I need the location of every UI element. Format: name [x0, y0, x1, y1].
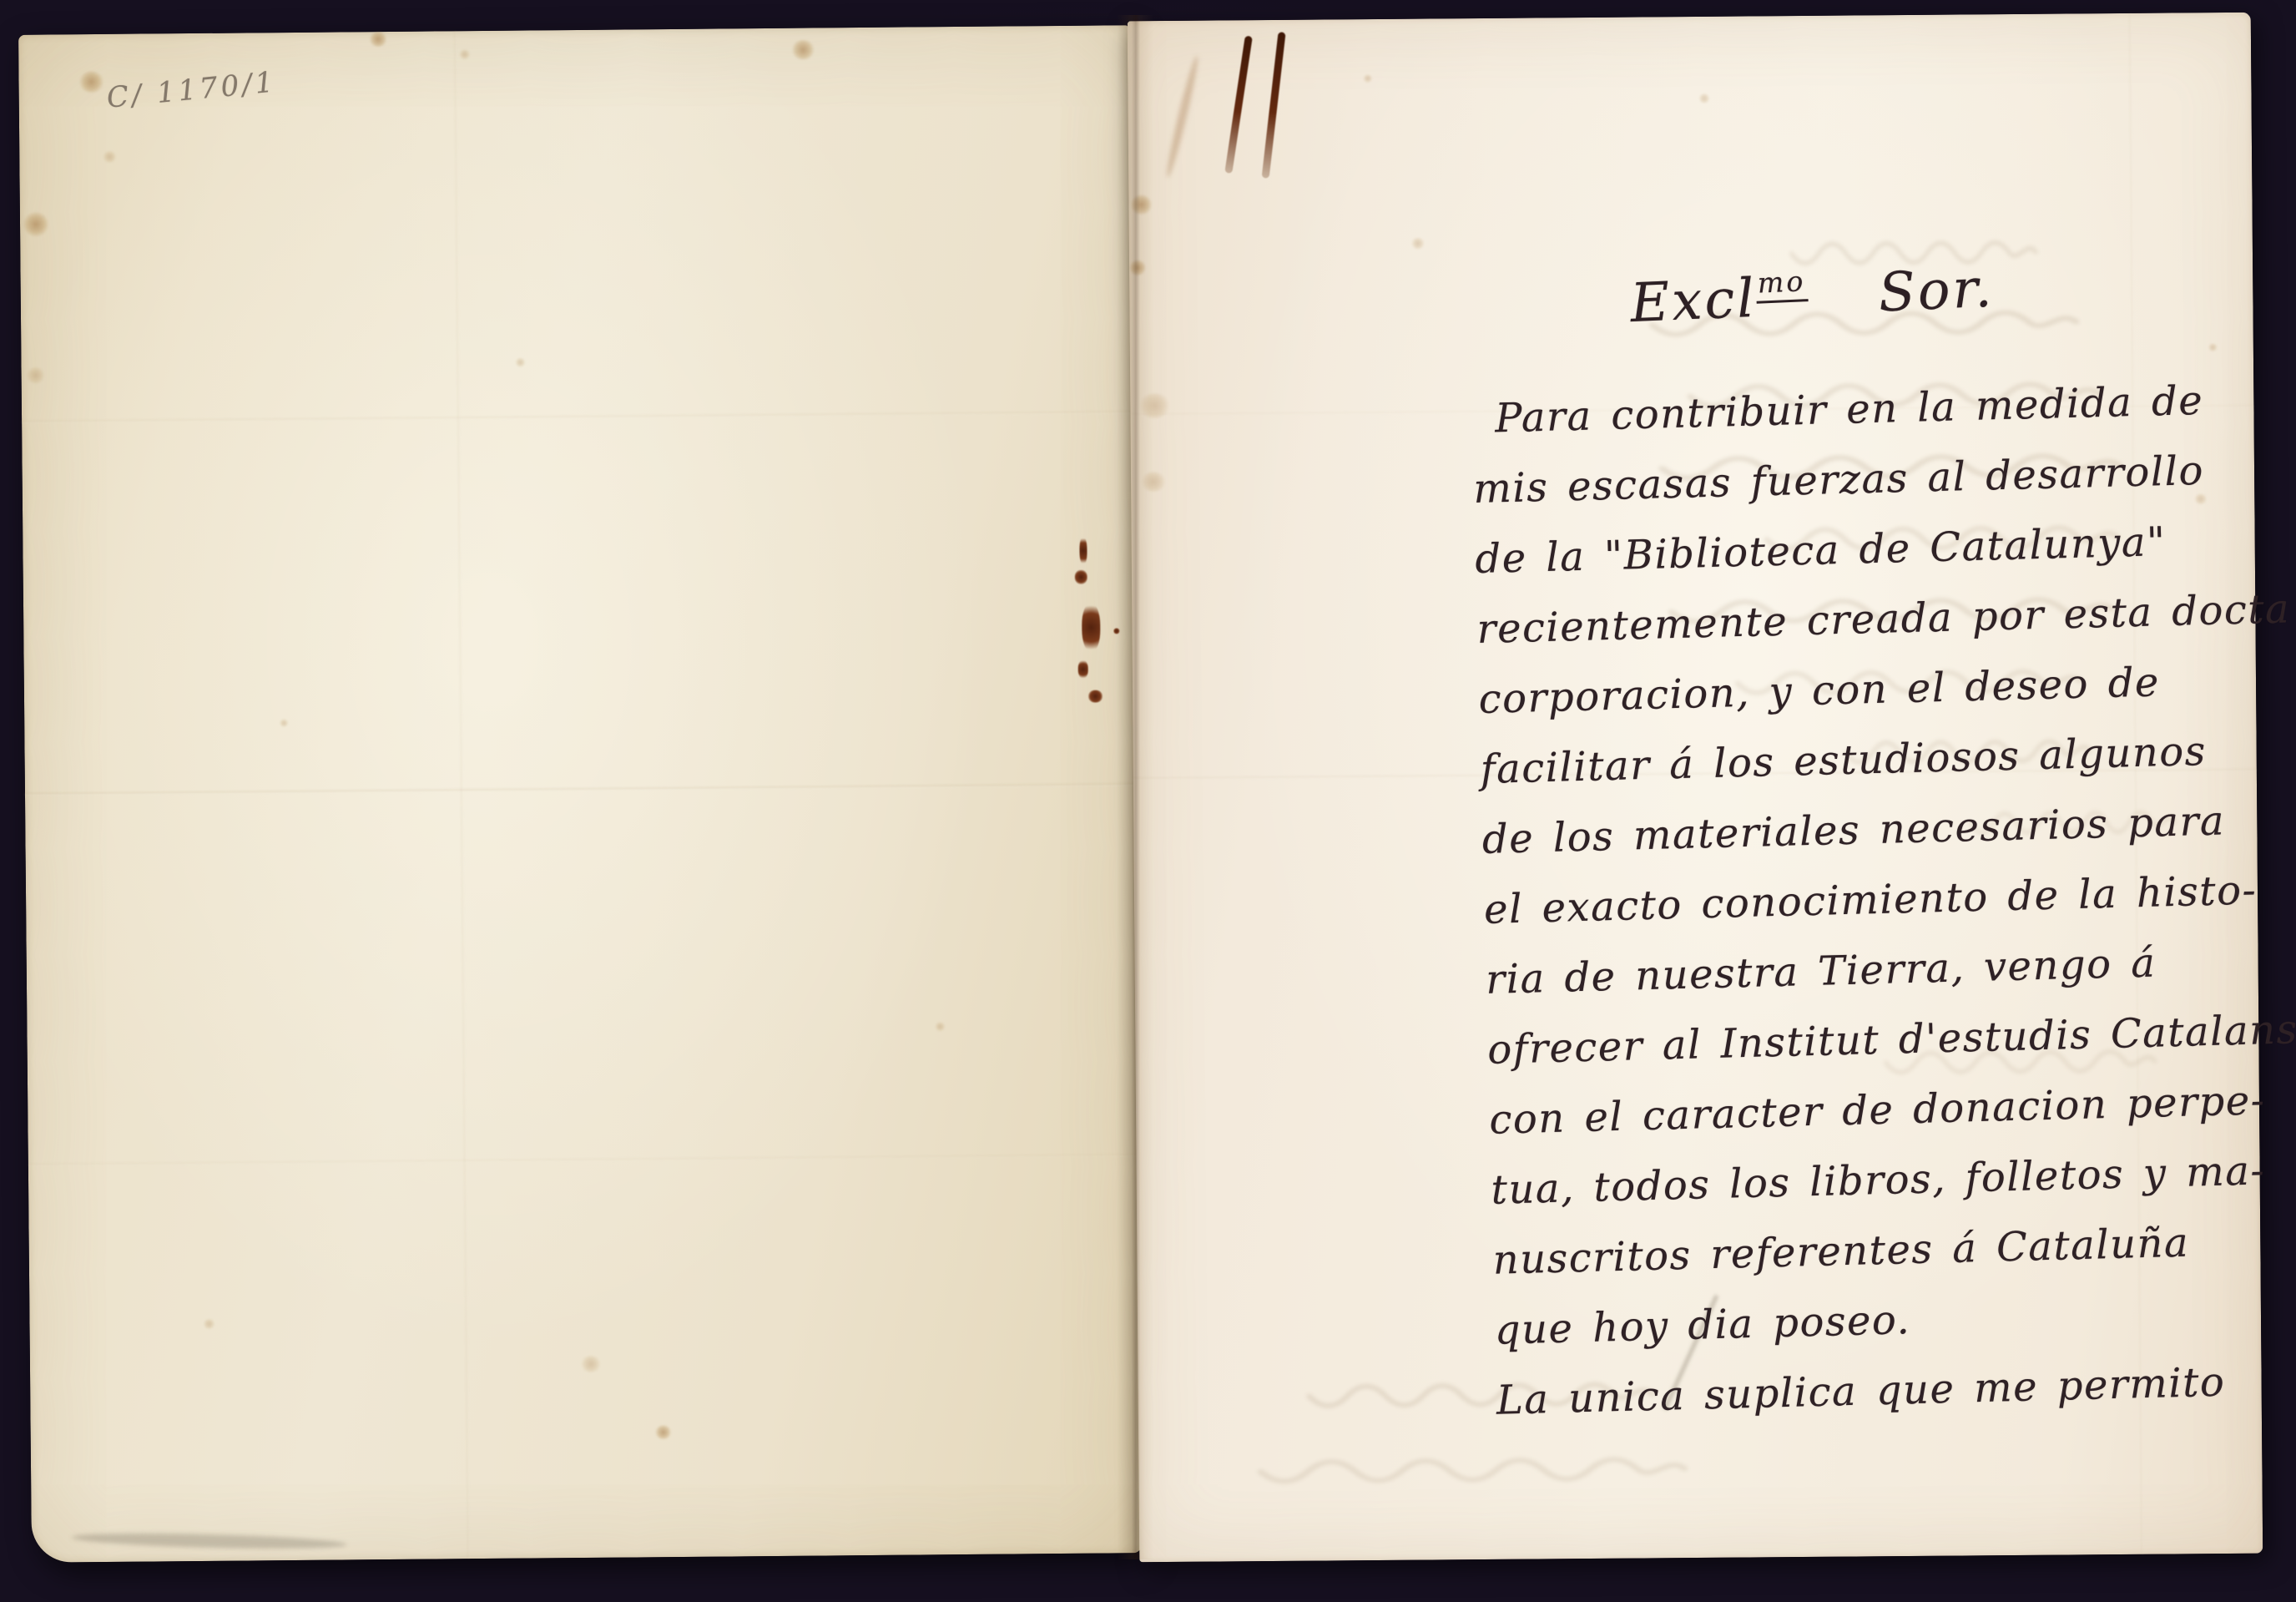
foxing-spot	[655, 1425, 672, 1439]
foxing-spot	[791, 40, 815, 60]
foxing-spot	[935, 1022, 945, 1031]
foxing-spot	[1130, 195, 1152, 215]
foxing-spot	[1129, 260, 1146, 275]
foxing-spot	[1141, 472, 1166, 492]
salutation-main: Excl	[1629, 268, 1758, 335]
salutation-superscript: mo	[1755, 265, 1808, 304]
foxing-spot	[1411, 238, 1425, 250]
foxing-spot	[1698, 93, 1709, 104]
ink-bleedthrough	[1255, 1454, 1689, 1486]
foxing-spot	[1138, 393, 1170, 418]
letter-page-left: C/ 1170/1	[18, 25, 1142, 1563]
manuscript-body: Para contribuir en la medida de mis esca…	[1471, 364, 2286, 1436]
photo-backdrop: C/ 1170/1	[0, 0, 2296, 1602]
salutation-title: Sor.	[1877, 258, 1995, 325]
foxing-spot	[581, 1356, 601, 1372]
foxing-spot	[515, 358, 525, 367]
foxing-spot	[203, 1319, 214, 1329]
foxing-spot	[78, 71, 103, 93]
foxing-spot	[2208, 343, 2218, 351]
fold-crease	[28, 1154, 1138, 1166]
foxing-spot	[459, 49, 470, 59]
foxing-spot	[103, 151, 116, 163]
rust-stain	[18, 25, 1128, 35]
fold-crease	[25, 783, 1135, 796]
foxing-spot	[280, 719, 288, 727]
foxing-spot	[369, 32, 387, 47]
smudge-mark	[72, 1531, 347, 1552]
foxing-spot	[1363, 74, 1372, 83]
archival-reference: C/ 1170/1	[105, 65, 278, 114]
ink-stroke-marks	[1128, 13, 2251, 22]
foxing-spot	[23, 212, 48, 237]
fold-crease	[22, 411, 1132, 423]
letter-page-right: ExclmoSor. Para contribuir en la medida …	[1128, 13, 2263, 1563]
foxing-spot	[27, 367, 45, 384]
fold-crease	[454, 31, 470, 1559]
